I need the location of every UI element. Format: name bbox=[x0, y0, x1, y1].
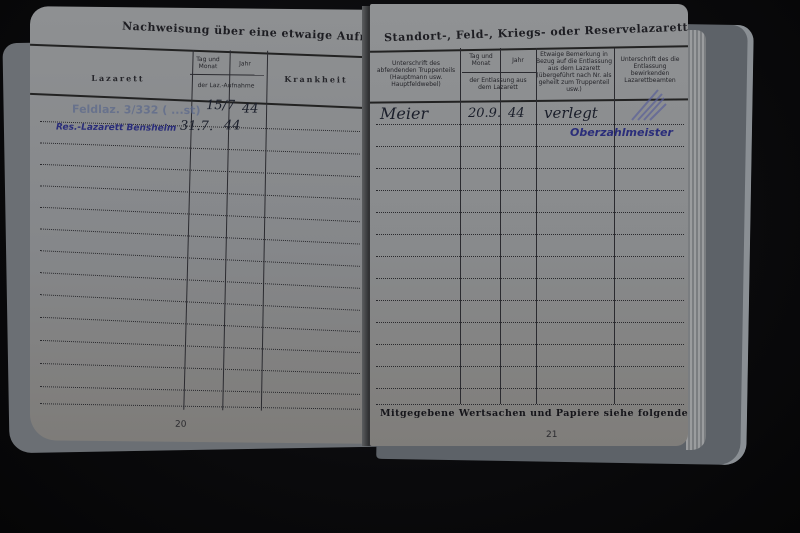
row-line bbox=[376, 344, 684, 345]
right-page: Standort-, Feld-, Kriegs- oder Reservela… bbox=[370, 4, 688, 446]
column-divider bbox=[536, 48, 537, 404]
row-line bbox=[376, 404, 684, 405]
entry-jahr-1: 44 bbox=[508, 106, 525, 121]
entry-tag-monat-1: 20.9. bbox=[468, 106, 501, 121]
column-divider bbox=[500, 48, 501, 404]
row-line bbox=[40, 207, 360, 223]
page-number-left: 20 bbox=[175, 420, 186, 430]
signature-scribble-icon bbox=[628, 84, 678, 124]
left-page: Nachweisung über eine etwaige Aufnahme i… bbox=[30, 6, 368, 444]
row-line bbox=[376, 190, 684, 191]
row-line bbox=[40, 272, 360, 289]
row-line bbox=[376, 234, 684, 235]
row-line bbox=[40, 250, 360, 267]
row-line bbox=[40, 317, 360, 333]
entry-jahr-2: 44 bbox=[224, 118, 241, 133]
header-divider bbox=[462, 72, 536, 73]
row-line bbox=[376, 168, 684, 169]
col-header-aufnahme: der Laz.-Aufnahme bbox=[190, 76, 262, 95]
row-line bbox=[40, 164, 360, 177]
stamp-oberzahlmeister: Oberzahlmeister bbox=[570, 126, 673, 139]
entry-tag-monat-2: 31.7. bbox=[180, 119, 213, 134]
column-divider bbox=[614, 48, 615, 404]
col-header-krankheit: Krankheit bbox=[266, 61, 366, 98]
row-line bbox=[40, 185, 360, 199]
row-line bbox=[376, 278, 684, 279]
entry-jahr-1: 44 bbox=[242, 101, 259, 116]
row-line bbox=[376, 124, 684, 125]
left-page-title: Nachweisung über eine etwaige Aufnahme i… bbox=[122, 20, 368, 48]
col-header-bemerkung: Etwaige Bemerkung in Bezug auf die Entla… bbox=[536, 48, 612, 96]
entry-unterschrift-truppenteil-1: Meier bbox=[380, 104, 428, 123]
row-line bbox=[376, 366, 684, 367]
row-line bbox=[376, 146, 684, 147]
row-line bbox=[40, 340, 360, 353]
right-page-title: Standort-, Feld-, Kriegs- oder Reservela… bbox=[384, 21, 688, 45]
row-line bbox=[40, 363, 360, 374]
row-line bbox=[376, 300, 684, 301]
row-line bbox=[376, 212, 684, 213]
col-header-tag-monat: Tag und Monat bbox=[190, 52, 226, 74]
col-header-jahr: Jahr bbox=[228, 52, 262, 74]
photo-background: Nachweisung über eine etwaige Aufnahme i… bbox=[0, 0, 800, 533]
col-header-jahr: Jahr bbox=[502, 50, 534, 70]
entry-bemerkung-1: verlegt bbox=[544, 104, 598, 122]
row-line bbox=[376, 256, 684, 257]
entry-tag-monat-1: 15/7 bbox=[206, 98, 235, 113]
row-line bbox=[376, 388, 684, 389]
row-line bbox=[40, 403, 360, 410]
row-line bbox=[40, 142, 360, 154]
row-line bbox=[376, 322, 684, 323]
column-divider bbox=[460, 48, 461, 404]
entry-lazarett-2: Res.-Lazarett Bensheim bbox=[56, 123, 176, 134]
col-header-unterschrift-truppenteil: Unterschrift des abfendenden Truppenteil… bbox=[374, 52, 458, 96]
row-line bbox=[40, 386, 360, 395]
col-header-tag-monat: Tag und Monat bbox=[462, 50, 500, 70]
row-line bbox=[40, 294, 360, 311]
page-edges bbox=[686, 30, 706, 450]
entry-lazarett-1: Feldlaz. 3/332 ( ...st) bbox=[72, 103, 200, 117]
col-header-entlassung: der Entlassung aus dem Lazarett bbox=[462, 74, 534, 94]
footer-note: Mitgegebene Wertsachen und Papiere siehe… bbox=[380, 408, 688, 419]
row-line bbox=[40, 228, 360, 244]
page-number-right: 21 bbox=[546, 430, 557, 440]
